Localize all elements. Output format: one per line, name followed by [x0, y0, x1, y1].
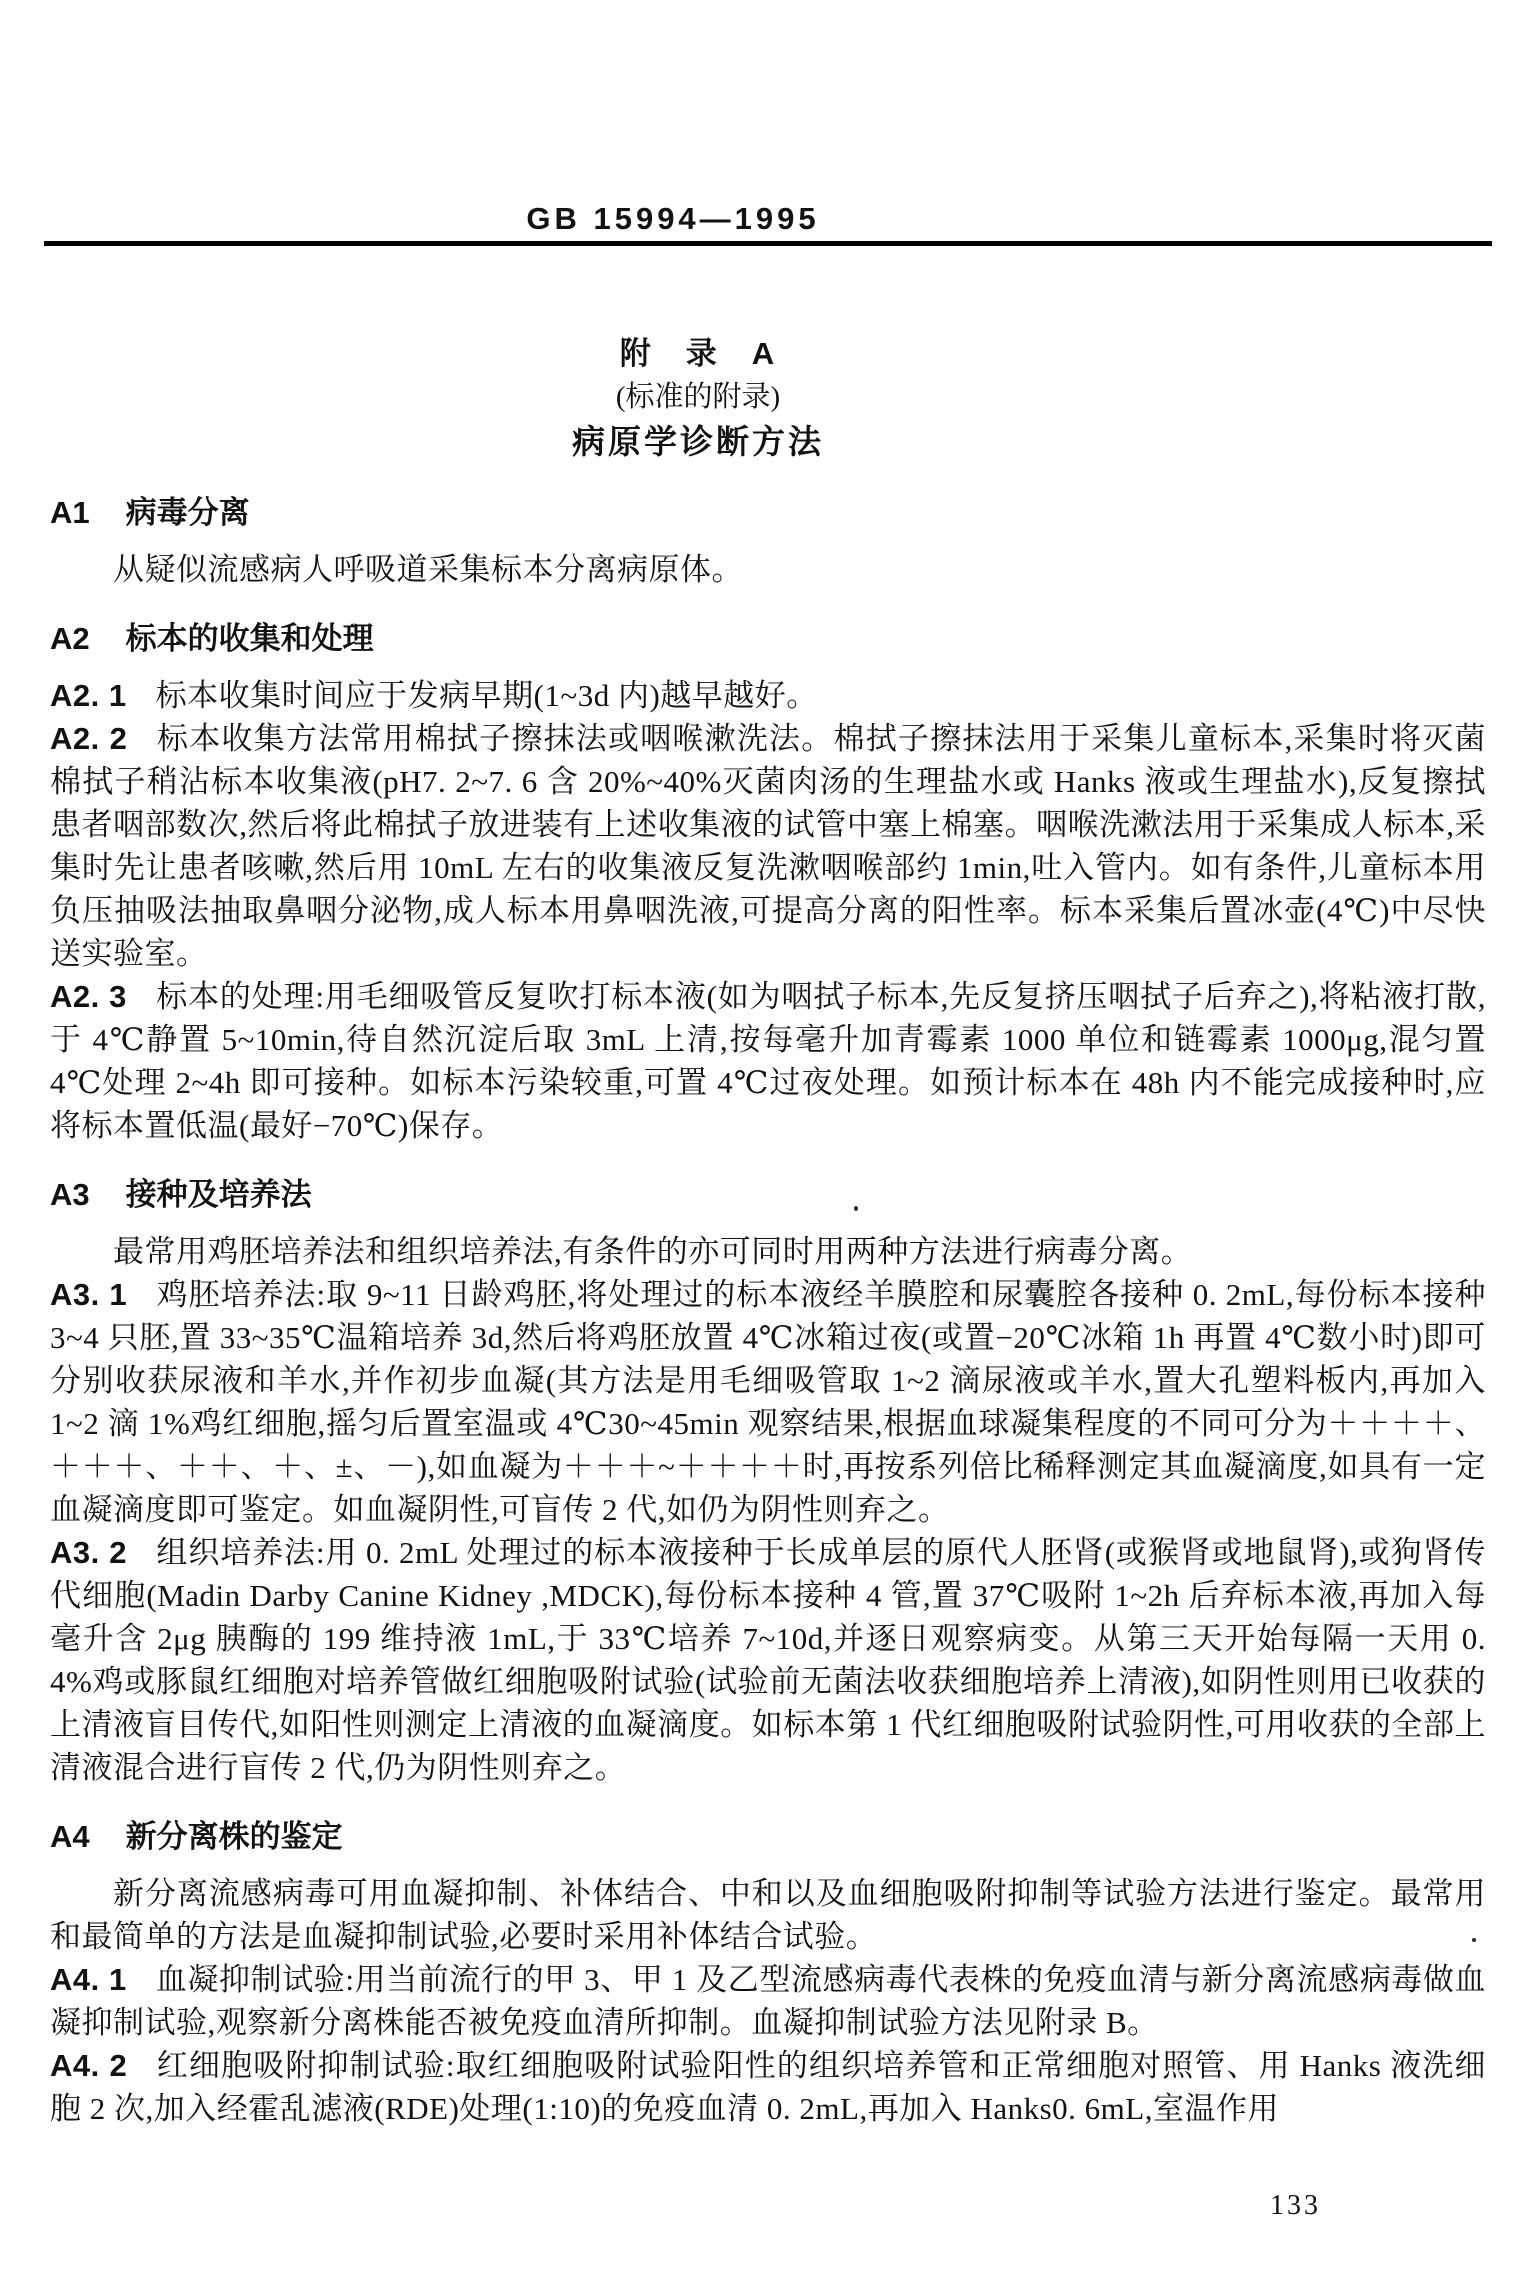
sections-container: A1病毒分离从疑似流感病人呼吸道采集标本分离病原体。A2标本的收集和处理A2. …	[0, 491, 1536, 2130]
section-title: 病毒分离	[126, 495, 250, 530]
paragraph-A2.1: A2. 1标本收集时间应于发病早期(1~3d 内)越早越好。	[50, 674, 1486, 717]
appendix-label: 附 录 A	[0, 331, 1396, 376]
paragraph-A4.1: A4. 1血凝抑制试验:用当前流行的甲 3、甲 1 及乙型流感病毒代表株的免疫血…	[50, 1958, 1486, 2044]
paragraph-A4-intro: 新分离流感病毒可用血凝抑制、补体结合、中和以及血细胞吸附抑制等试验方法进行鉴定。…	[50, 1872, 1486, 1958]
paragraph-A2.3: A2. 3标本的处理:用毛细吸管反复吹打标本液(如为咽拭子标本,先反复挤压咽拭子…	[50, 975, 1486, 1147]
section-number: A3	[50, 1173, 90, 1216]
section-heading-A3: A3接种及培养法	[50, 1173, 1486, 1216]
section-heading-A1: A1病毒分离	[50, 491, 1486, 534]
page-number: 133	[1270, 2190, 1321, 2222]
paragraph-number: A4. 1	[50, 1962, 127, 1997]
section-title: 新分离株的鉴定	[126, 1819, 343, 1854]
paragraph-number: A2. 1	[50, 678, 127, 713]
section-title: 接种及培养法	[126, 1177, 312, 1212]
standard-number-header: GB 15994—1995	[0, 0, 1536, 237]
paragraph-A3.1: A3. 1鸡胚培养法:取 9~11 日龄鸡胚,将处理过的标本液经羊膜腔和尿囊腔各…	[50, 1273, 1486, 1531]
paragraph-text: 红细胞吸附抑制试验:取红细胞吸附试验阳性的组织培养管和正常细胞对照管、用 Han…	[50, 2048, 1486, 2126]
header-rule	[44, 241, 1492, 246]
paragraph-number: A2. 2	[50, 721, 127, 756]
appendix-title-block: 附 录 A (标准的附录) 病原学诊断方法	[0, 331, 1536, 465]
paragraph-text: 标本收集时间应于发病早期(1~3d 内)越早越好。	[156, 678, 818, 713]
paragraph-text: 血凝抑制试验:用当前流行的甲 3、甲 1 及乙型流感病毒代表株的免疫血清与新分离…	[50, 1962, 1486, 2040]
paragraph-text: 新分离流感病毒可用血凝抑制、补体结合、中和以及血细胞吸附抑制等试验方法进行鉴定。…	[50, 1876, 1486, 1954]
section-heading-A4: A4新分离株的鉴定	[50, 1815, 1486, 1858]
section-number: A4	[50, 1815, 90, 1858]
paragraph-text: 最常用鸡胚培养法和组织培养法,有条件的亦可同时用两种方法进行病毒分离。	[113, 1234, 1192, 1269]
paragraph-text: 标本收集方法常用棉拭子擦抹法或咽喉漱洗法。棉拭子擦抹法用于采集儿童标本,采集时将…	[50, 721, 1486, 971]
document-page: GB 15994—1995 附 录 A (标准的附录) 病原学诊断方法 A1病毒…	[0, 0, 1536, 2285]
paragraph-number: A4. 2	[50, 2048, 127, 2083]
paragraph-A1-intro: 从疑似流感病人呼吸道采集标本分离病原体。	[50, 548, 1486, 591]
paragraph-A3-intro: 最常用鸡胚培养法和组织培养法,有条件的亦可同时用两种方法进行病毒分离。	[50, 1230, 1486, 1273]
section-title: 标本的收集和处理	[126, 621, 374, 656]
paragraph-text: 标本的处理:用毛细吸管反复吹打标本液(如为咽拭子标本,先反复挤压咽拭子后弃之),…	[50, 979, 1486, 1143]
appendix-title: 病原学诊断方法	[0, 419, 1396, 465]
scan-speck	[1472, 1938, 1476, 1942]
paragraph-text: 组织培养法:用 0. 2mL 处理过的标本液接种于长成单层的原代人胚肾(或猴肾或…	[50, 1535, 1486, 1785]
appendix-type-note: (标准的附录)	[0, 376, 1396, 419]
paragraph-text: 从疑似流感病人呼吸道采集标本分离病原体。	[113, 552, 743, 587]
paragraph-number: A3. 1	[50, 1277, 127, 1312]
section-heading-A2: A2标本的收集和处理	[50, 617, 1486, 660]
scan-speck	[854, 1206, 858, 1211]
section-number: A2	[50, 617, 90, 660]
paragraph-text: 鸡胚培养法:取 9~11 日龄鸡胚,将处理过的标本液经羊膜腔和尿囊腔各接种 0.…	[50, 1277, 1486, 1527]
paragraph-number: A2. 3	[50, 979, 127, 1014]
paragraph-A3.2: A3. 2组织培养法:用 0. 2mL 处理过的标本液接种于长成单层的原代人胚肾…	[50, 1531, 1486, 1789]
section-number: A1	[50, 491, 90, 534]
paragraph-A2.2: A2. 2标本收集方法常用棉拭子擦抹法或咽喉漱洗法。棉拭子擦抹法用于采集儿童标本…	[50, 717, 1486, 975]
paragraph-A4.2: A4. 2红细胞吸附抑制试验:取红细胞吸附试验阳性的组织培养管和正常细胞对照管、…	[50, 2044, 1486, 2130]
paragraph-number: A3. 2	[50, 1535, 127, 1570]
